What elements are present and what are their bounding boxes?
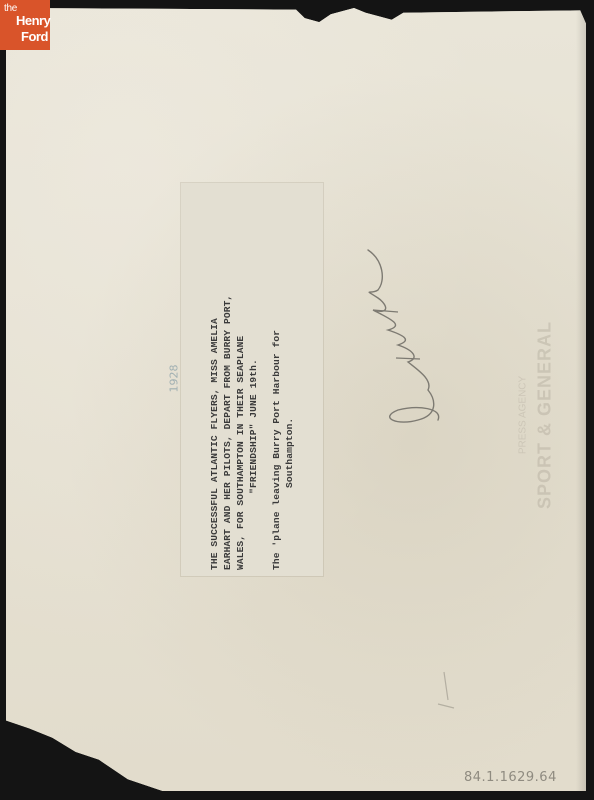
faded-agency-stamp: SPORT & GENERAL PRESS AGENCY bbox=[505, 300, 585, 530]
pencil-date-annotation: 1928 bbox=[168, 365, 181, 393]
caption-gap bbox=[260, 190, 270, 570]
caption-line: "FRIENDSHIP" JUNE 19th. bbox=[247, 190, 260, 570]
pencil-mark bbox=[434, 670, 458, 714]
pencil-signature bbox=[358, 240, 448, 430]
caption-line: WALES, FOR SOUTHAMPTON IN THEIR SEAPLANE bbox=[234, 190, 247, 570]
stamp-text: SPORT & GENERAL bbox=[535, 321, 556, 509]
caption-line: EARHART AND HER PILOTS, DEPART FROM BURR… bbox=[221, 190, 234, 570]
caption-line: THE SUCCESSFUL ATLANTIC FLYERS, MISS AME… bbox=[208, 190, 221, 570]
caption-sub-line: The 'plane leaving Burry Port Harbour fo… bbox=[270, 190, 283, 570]
accession-number: 84.1.1629.64 bbox=[464, 770, 557, 785]
caption-sub-line: Southampton. bbox=[283, 190, 296, 570]
typed-caption-slip: THE SUCCESSFUL ATLANTIC FLYERS, MISS AME… bbox=[181, 183, 323, 576]
henry-ford-logo: the Henry Ford bbox=[0, 0, 50, 50]
caption-text: THE SUCCESSFUL ATLANTIC FLYERS, MISS AME… bbox=[208, 190, 296, 570]
stamp-subtext: PRESS AGENCY bbox=[518, 376, 529, 454]
logo-ford: Ford bbox=[21, 29, 48, 44]
logo-henry: Henry bbox=[16, 13, 50, 28]
